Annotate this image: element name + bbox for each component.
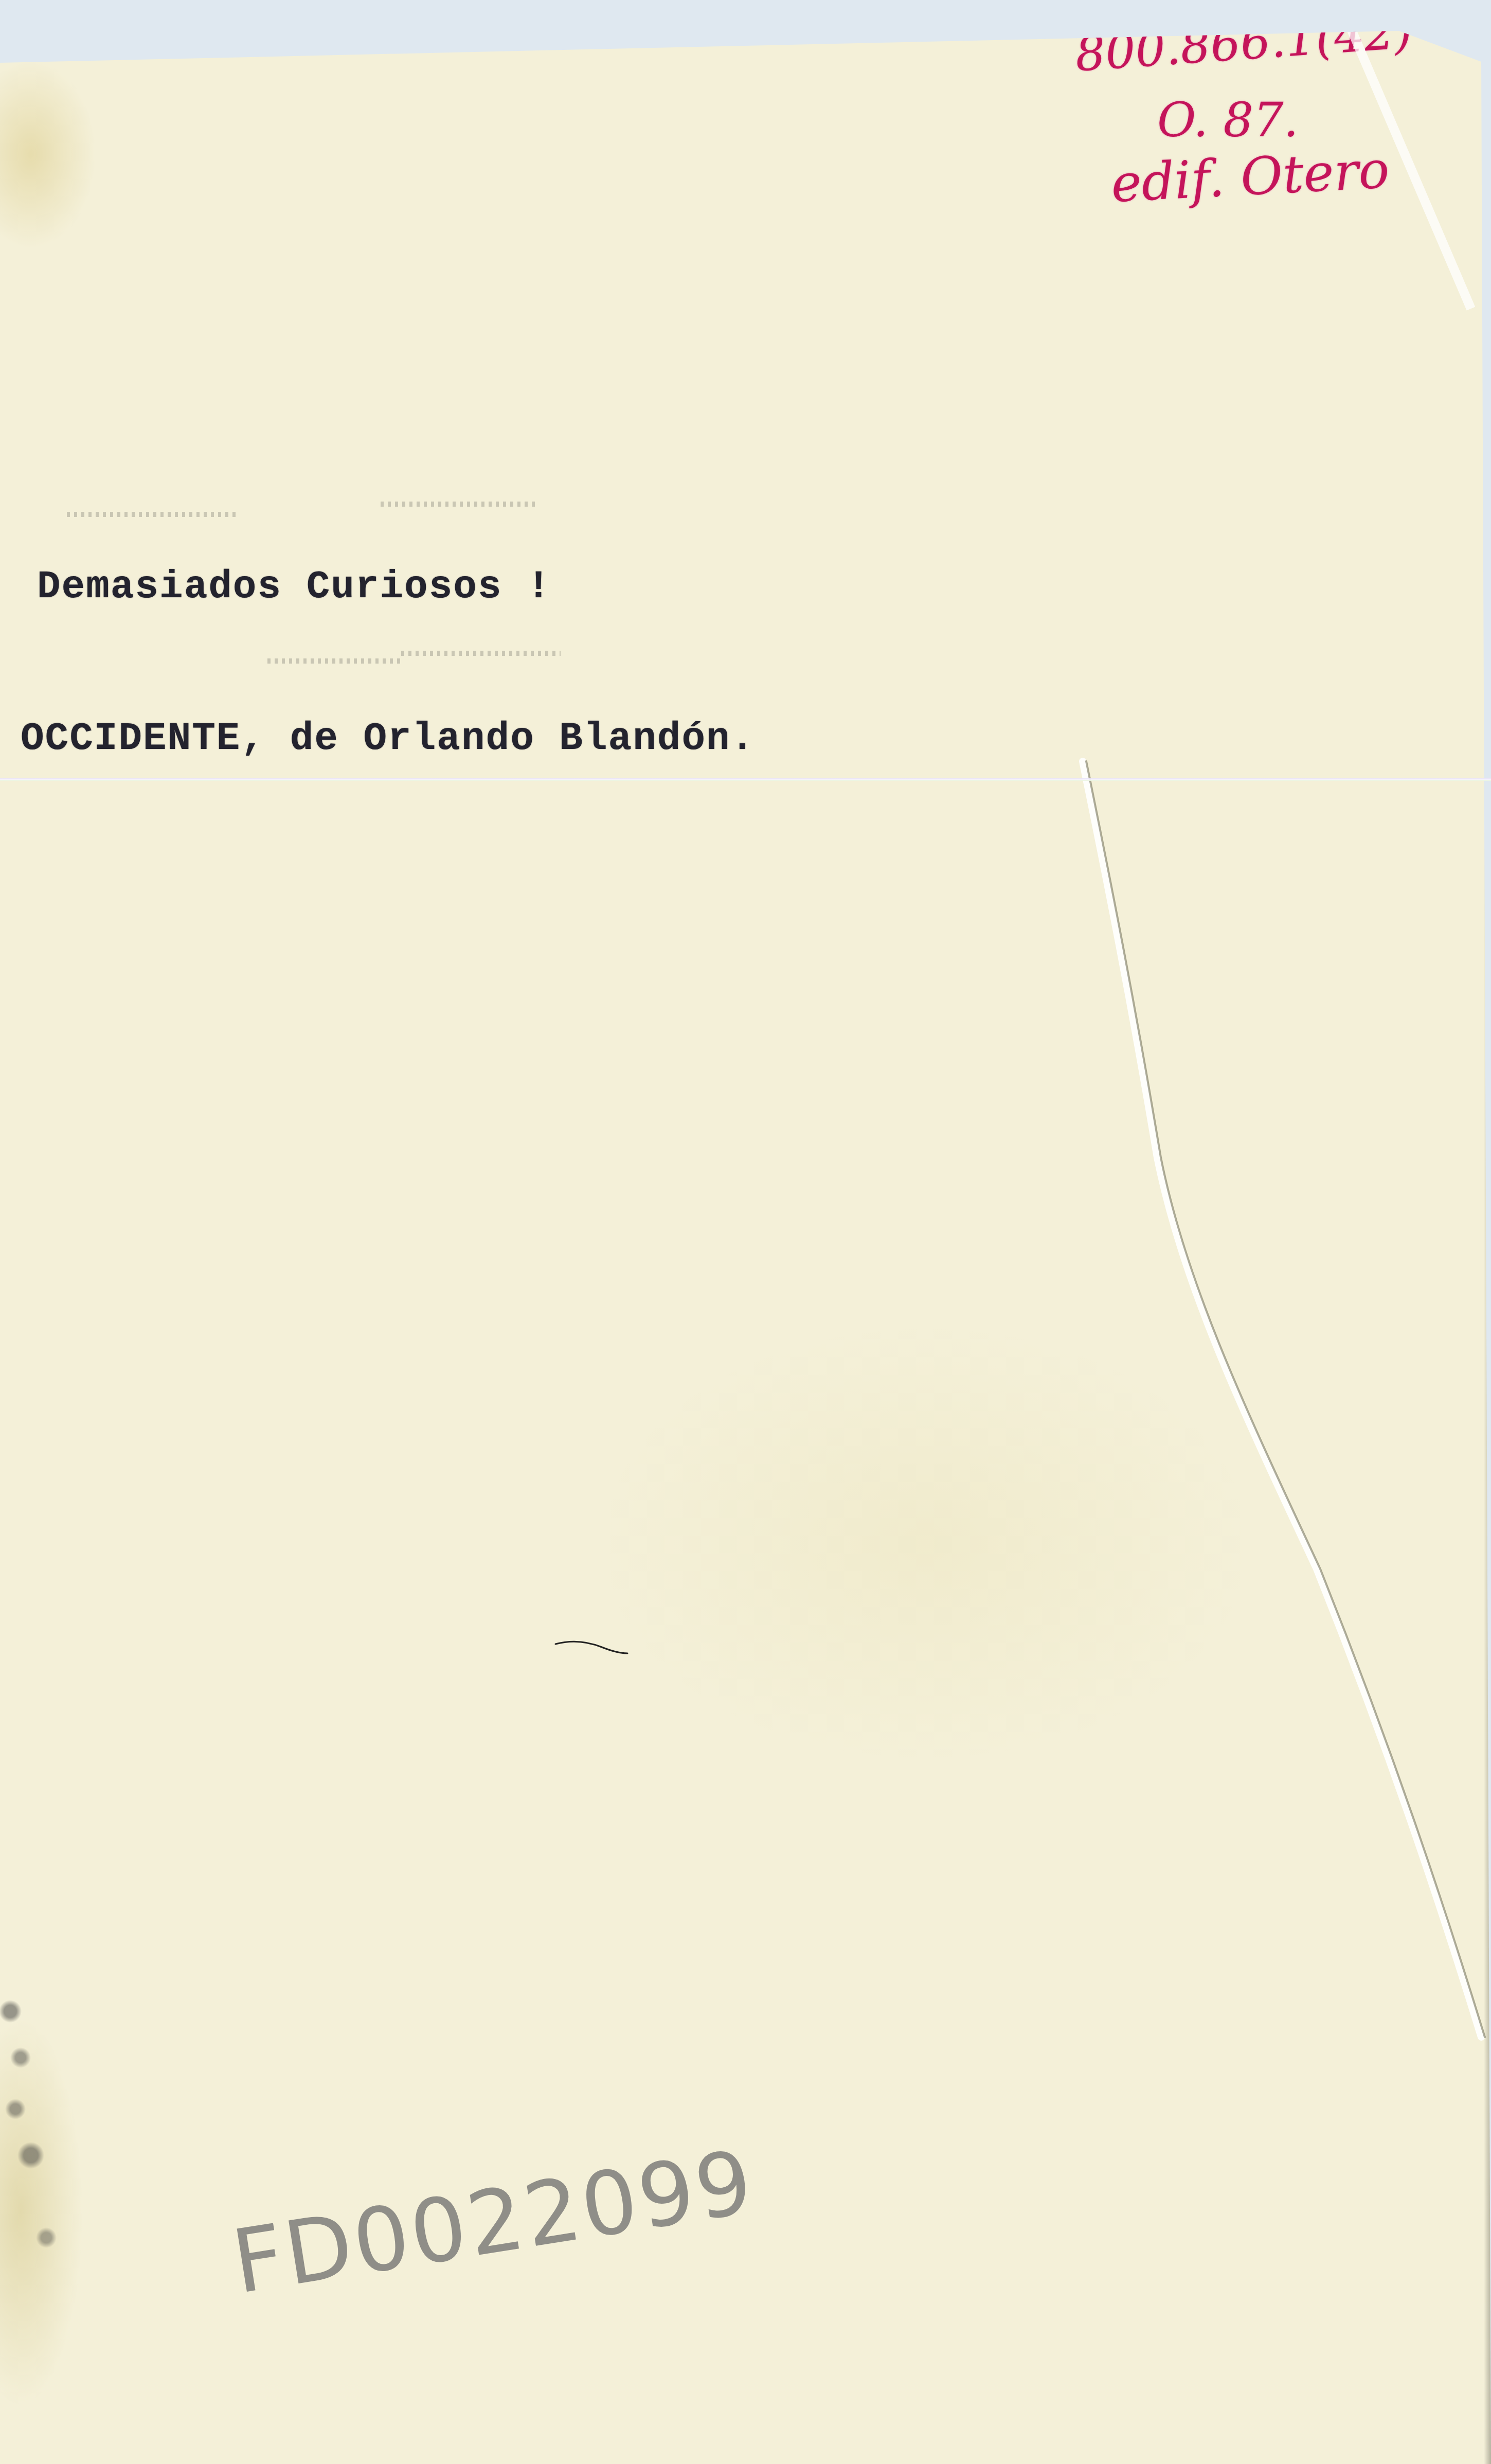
- stray-hair-mark: [550, 1636, 633, 1662]
- scan-artifact-line: [0, 778, 1491, 781]
- paper-sheet: 800.866.1(42) O. 87. edif. Otero Demasia…: [0, 0, 1491, 2464]
- paper-crease: [0, 0, 1491, 2464]
